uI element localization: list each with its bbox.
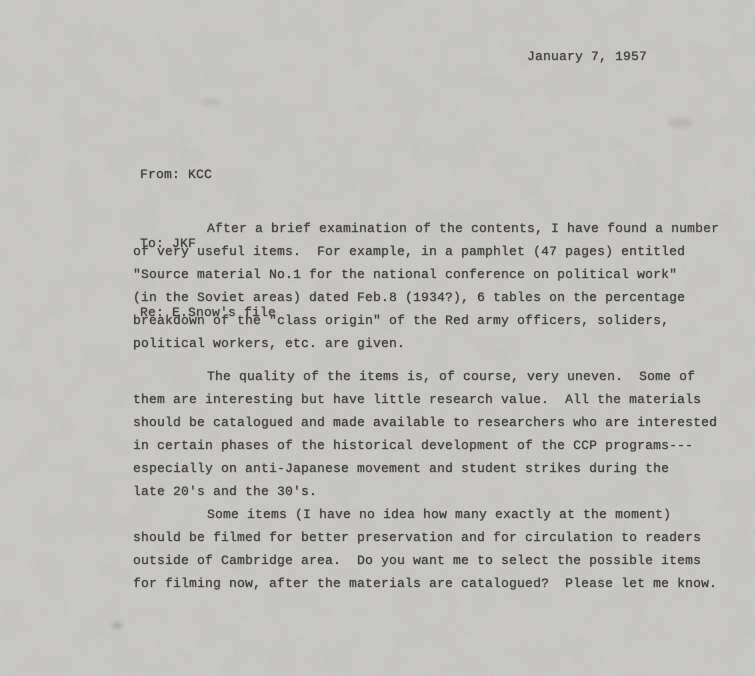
- memo-page: January 7, 1957 From: KCC To: JKF Re: E.…: [0, 0, 755, 676]
- paper-smudge: [668, 118, 694, 128]
- paragraph-2: The quality of the items is, of course, …: [133, 365, 753, 503]
- paragraph-1: After a brief examination of the content…: [133, 217, 753, 355]
- date-line: January 7, 1957: [527, 45, 647, 68]
- paper-smudge: [200, 98, 222, 106]
- paragraph-3: Some items (I have no idea how many exac…: [133, 503, 753, 595]
- from-line: From: KCC: [140, 163, 276, 186]
- ink-smudge: [112, 622, 122, 629]
